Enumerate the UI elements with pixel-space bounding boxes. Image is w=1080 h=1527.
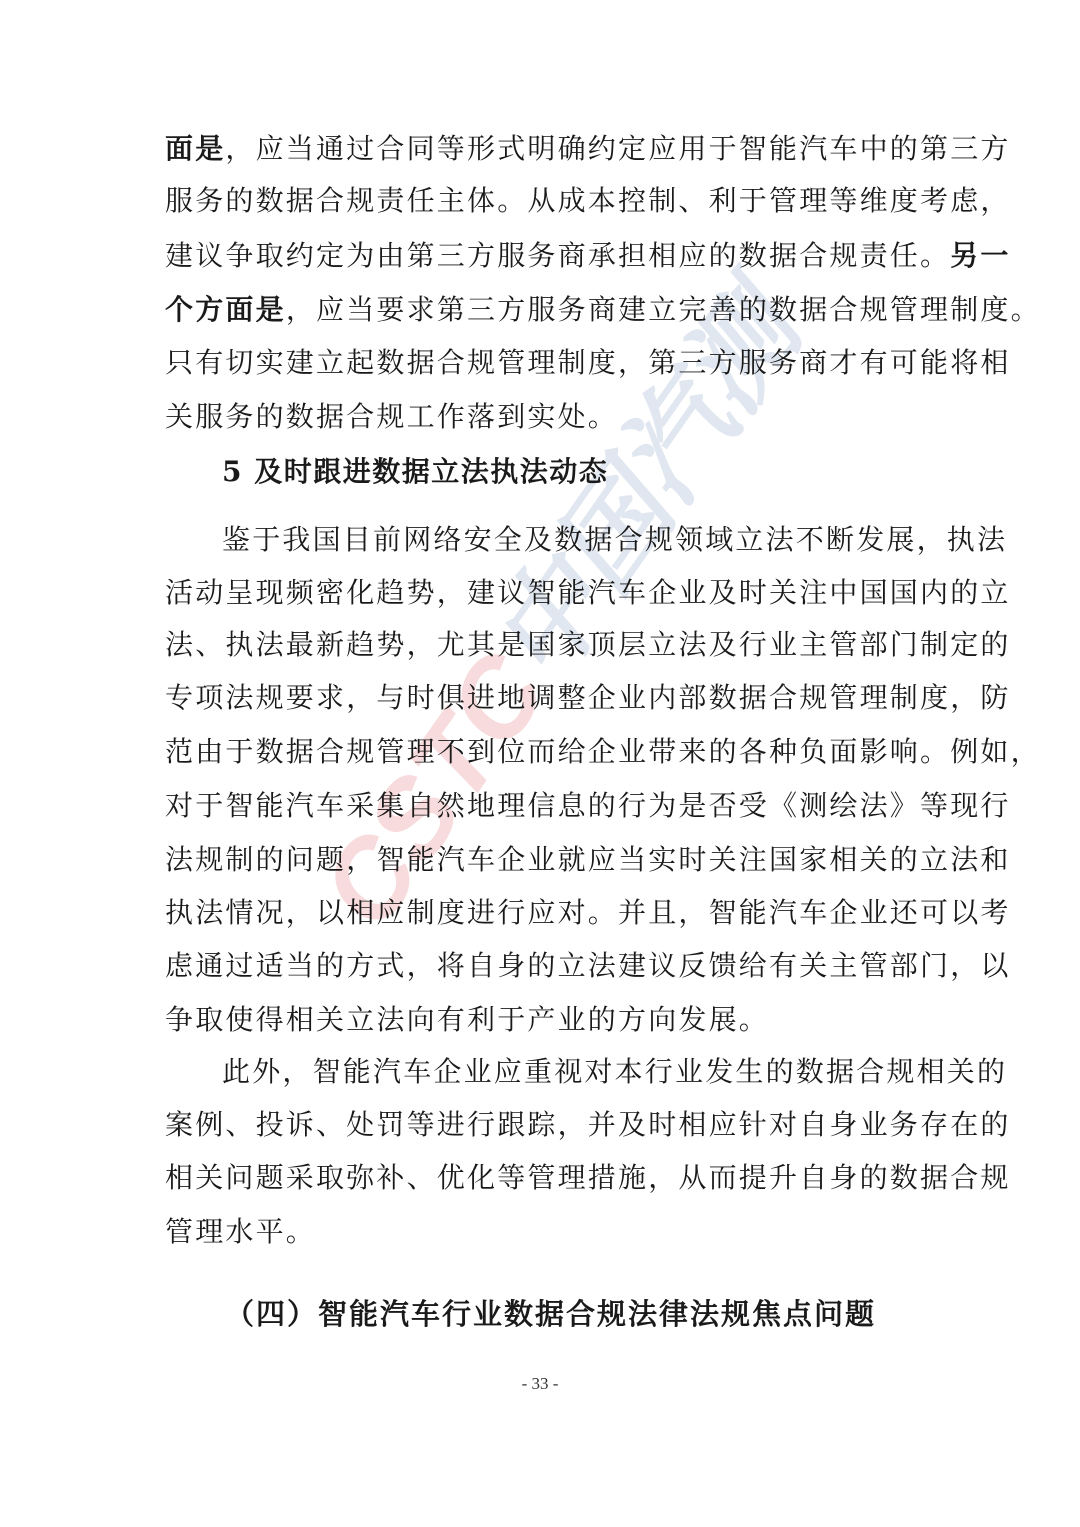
text-line: 范由于数据合规管理不到位而给企业带来的各种负面影响。例如，: [165, 732, 1041, 772]
text-line: 建议争取约定为由第三方服务商承担相应的数据合规责任。另一: [165, 236, 1011, 276]
text-line: 关服务的数据合规工作落到实处。: [165, 397, 618, 437]
bold-lead: 个方面是: [165, 293, 286, 326]
text-line: 争取使得相关立法向有利于产业的方向发展。: [165, 1000, 769, 1040]
text-line: 法、执法最新趋势，尤其是国家顶层立法及行业主管部门制定的: [165, 625, 1011, 665]
section-heading: 5 及时跟进数据立法执法动态: [222, 450, 608, 490]
page-number: - 33 -: [0, 1374, 1080, 1394]
text-line: 只有切实建立起数据合规管理制度，第三方服务商才有可能将相: [165, 343, 1011, 383]
text-line: 服务的数据合规责任主体。从成本控制、利于管理等维度考虑，: [165, 181, 1011, 221]
text-line: 此外，智能汽车企业应重视对本行业发生的数据合规相关的: [222, 1052, 1007, 1092]
text-line: 活动呈现频密化趋势，建议智能汽车企业及时关注中国国内的立: [165, 573, 1011, 613]
bold-tail: 另一: [950, 239, 1010, 272]
text-line: 案例、投诉、处罚等进行跟踪，并及时相应针对自身业务存在的: [165, 1105, 1011, 1145]
bold-lead: 面是: [165, 132, 225, 165]
document-page: CSTC中国汽测 面是，应当通过合同等形式明确约定应用于智能汽车中的第三方 服务…: [0, 0, 1080, 1527]
text-line: 执法情况，以相应制度进行应对。并且，智能汽车企业还可以考: [165, 893, 1011, 933]
text-line: 对于智能汽车采集自然地理信息的行为是否受《测绘法》等现行: [165, 786, 1011, 826]
text-line: 个方面是，应当要求第三方服务商建立完善的数据合规管理制度。: [165, 290, 1041, 330]
text-line: 管理水平。: [165, 1212, 316, 1252]
text-line: 法规制的问题，智能汽车企业就应当实时关注国家相关的立法和: [165, 840, 1011, 880]
text-line: 鉴于我国目前网络安全及数据合规领域立法不断发展，执法: [222, 520, 1007, 560]
text-line: 相关问题采取弥补、优化等管理措施，从而提升自身的数据合规: [165, 1158, 1011, 1198]
text-line: 面是，应当通过合同等形式明确约定应用于智能汽车中的第三方: [165, 129, 1011, 169]
text-line: 虑通过适当的方式，将自身的立法建议反馈给有关主管部门，以: [165, 946, 1011, 986]
text-line: 专项法规要求，与时俱进地调整企业内部数据合规管理制度，防: [165, 678, 1011, 718]
subsection-heading: （四）智能汽车行业数据合规法律法规焦点问题: [225, 1292, 876, 1333]
